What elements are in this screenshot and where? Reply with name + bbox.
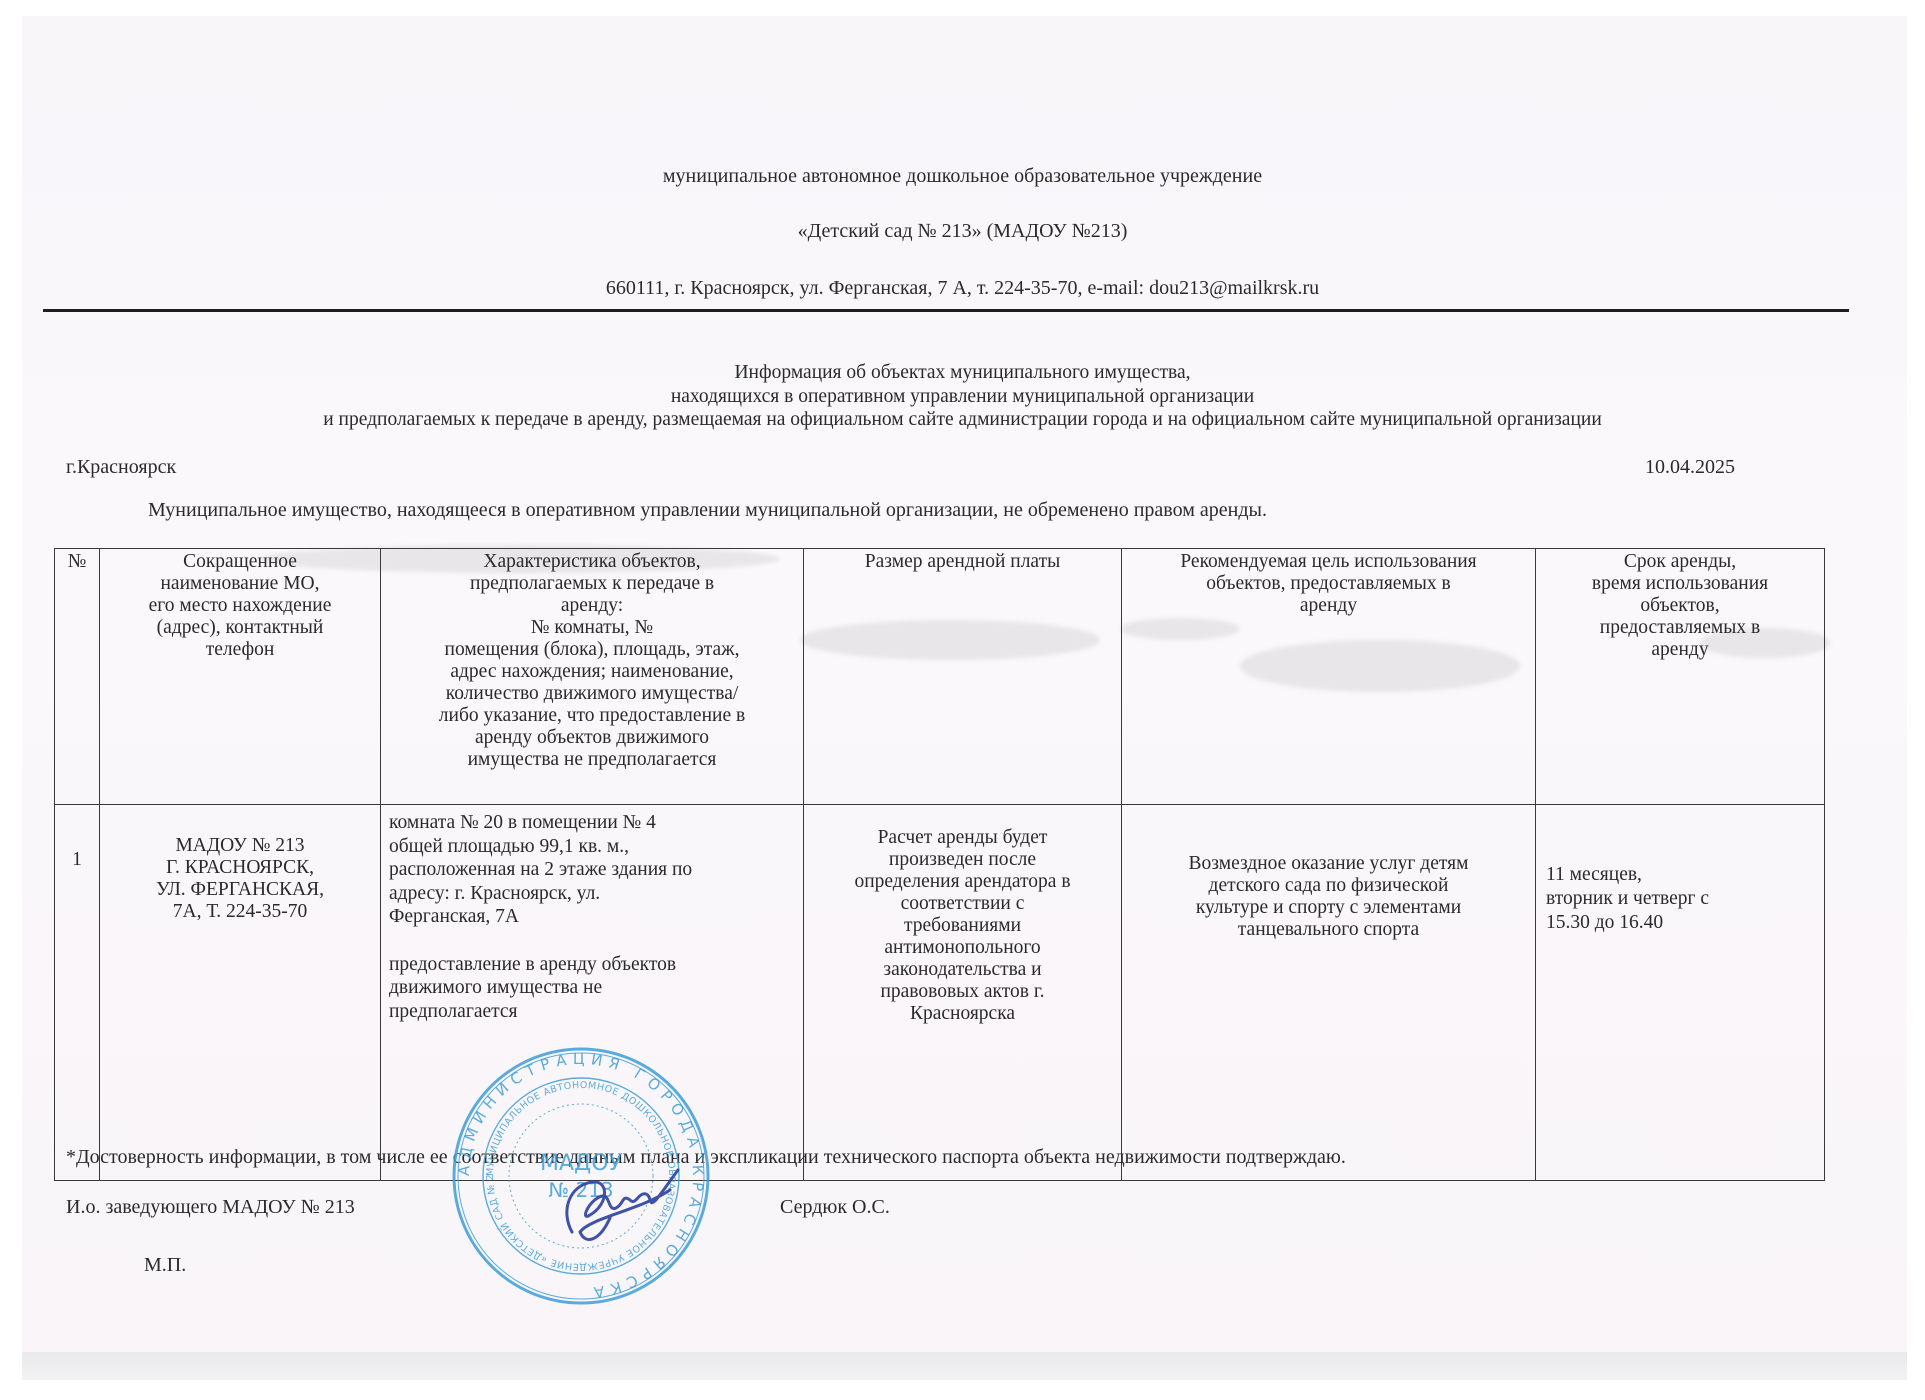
- seal-mark-label: М.П.: [144, 1254, 186, 1277]
- letterhead-org-name: «Детский сад № 213» (МАДОУ №213): [0, 220, 1925, 243]
- object-room-details: комната № 20 в помещении № 4 общей площа…: [389, 811, 803, 929]
- document-place: г.Красноярск: [66, 456, 176, 479]
- col-header-number: №: [55, 549, 100, 805]
- title-line-2: находящихся в оперативном управлении мун…: [0, 385, 1925, 409]
- col-header-term: Срок аренды, время использования объекто…: [1536, 549, 1825, 805]
- letterhead-org-type: муниципальное автономное дошкольное обра…: [0, 165, 1925, 188]
- cell-purpose: Возмездное оказание услуг детям детского…: [1122, 805, 1536, 1181]
- title-line-1: Информация об объектах муниципального им…: [0, 361, 1925, 385]
- signatory-position: И.о. заведующего МАДОУ № 213: [66, 1196, 355, 1219]
- cell-term: 11 месяцев, вторник и четверг с 15.30 до…: [1536, 805, 1825, 1181]
- handwritten-signature-icon: [550, 1160, 690, 1250]
- document-title: Информация об объектах муниципального им…: [0, 361, 1925, 432]
- cell-organization: МАДОУ № 213 Г. КРАСНОЯРСК, УЛ. ФЕРГАНСКА…: [100, 805, 381, 1181]
- col-header-purpose: Рекомендуемая цель использования объекто…: [1122, 549, 1536, 805]
- property-table: № Сокращенное наименование МО, его место…: [54, 548, 1825, 1181]
- page-bottom-shadow: [22, 1352, 1907, 1380]
- movable-property-note: предоставление в аренду объектов движимо…: [389, 953, 803, 1024]
- cell-rent: Расчет аренды будет произведен после опр…: [804, 805, 1122, 1181]
- title-line-3: и предполагаемых к передаче в аренду, ра…: [0, 408, 1925, 432]
- letterhead-address: 660111, г. Красноярск, ул. Ферганская, 7…: [0, 277, 1925, 300]
- letterhead-divider: [43, 309, 1849, 312]
- signatory-name: Сердюк О.С.: [780, 1196, 890, 1219]
- table-header-row: № Сокращенное наименование МО, его место…: [55, 549, 1825, 805]
- col-header-rent: Размер арендной платы: [804, 549, 1122, 805]
- cell-number: 1: [55, 805, 100, 1181]
- encumbrance-notice: Муниципальное имущество, находящееся в о…: [148, 499, 1267, 522]
- col-header-object-description: Характеристика объектов, предполагаемых …: [381, 549, 804, 805]
- document-date: 10.04.2025: [1645, 456, 1735, 479]
- table-row: 1 МАДОУ № 213 Г. КРАСНОЯРСК, УЛ. ФЕРГАНС…: [55, 805, 1825, 1181]
- col-header-organization: Сокращенное наименование МО, его место н…: [100, 549, 381, 805]
